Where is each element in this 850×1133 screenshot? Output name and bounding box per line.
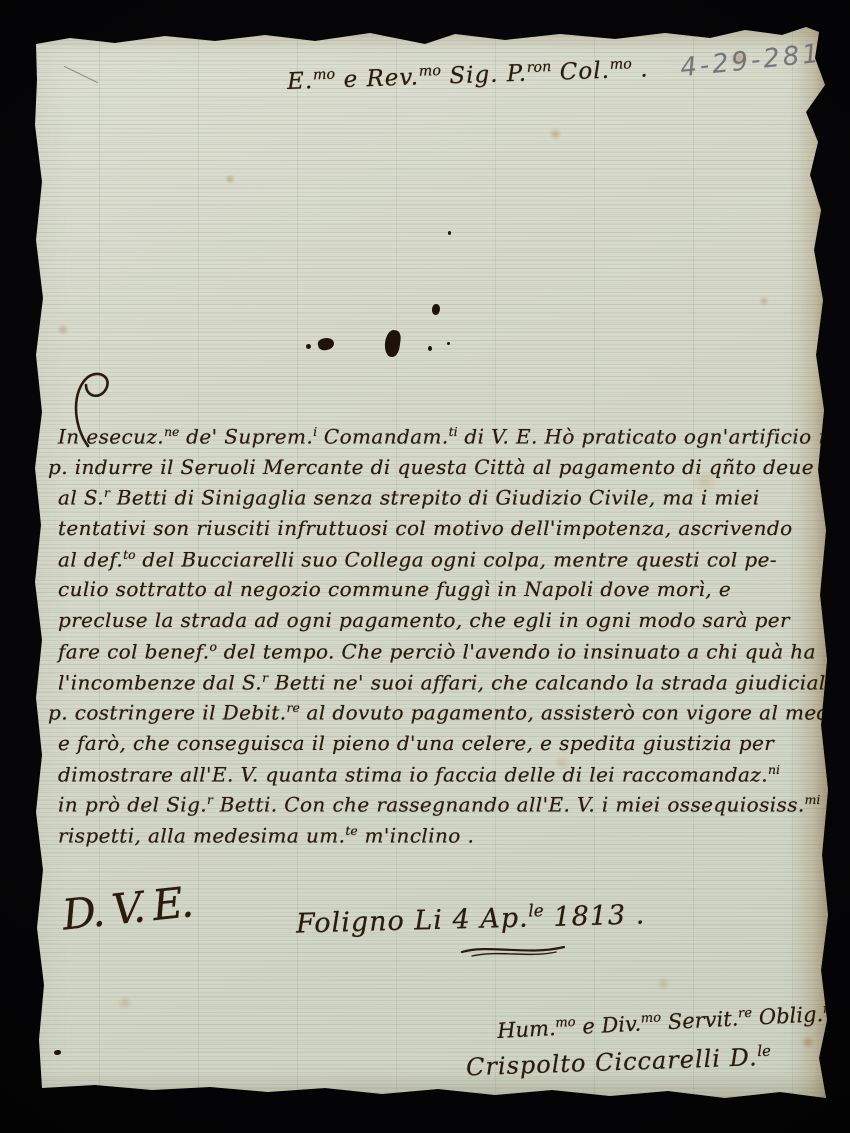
- foxing-stain: [800, 1036, 816, 1048]
- letter-sheet: 4-29-281 E.mo e Rev.mo Sig. P.ron Col.mo…: [0, 0, 850, 1133]
- ink-blot: [447, 342, 450, 345]
- ink-blot: [448, 231, 451, 235]
- manuscript-line: p. indurre il Seruoli Mercante di questa…: [48, 455, 828, 486]
- manuscript-line: in prò del Sig.r Betti. Con che rassegna…: [58, 792, 828, 823]
- manuscript-line: fare col benef.o del tempo. Che perciò l…: [58, 639, 828, 670]
- manuscript-line: tentativi son riusciti infruttuosi col m…: [58, 516, 828, 547]
- manuscript-line: al S.r Betti di Sinigaglia senza strepit…: [58, 485, 828, 516]
- manuscript-line: In esecuz.ne de' Suprem.i Comandam.ti di…: [58, 424, 828, 455]
- manuscript-line: e farò, che conseguisca il pieno d'una c…: [58, 731, 828, 762]
- manuscript-line: dimostrare all'E. V. quanta stima io fac…: [58, 762, 828, 793]
- foxing-stain: [224, 174, 236, 184]
- manuscript-line: l'incombenze dal S.r Betti ne' suoi affa…: [58, 670, 828, 701]
- manuscript-scan: 4-29-281 E.mo e Rev.mo Sig. P.ron Col.mo…: [0, 0, 850, 1133]
- ink-blot: [306, 344, 311, 349]
- manuscript-line: p. costringere il Debit.re al dovuto pag…: [48, 700, 828, 731]
- date-underline-flourish: [458, 942, 568, 958]
- foxing-stain: [548, 128, 563, 140]
- ink-blot: [428, 346, 432, 351]
- foxing-stain: [56, 324, 70, 335]
- manuscript-line: precluse la strada ad ogni pagamento, ch…: [58, 608, 828, 639]
- scratch-mark: [820, 52, 836, 76]
- ink-blot: [54, 1050, 61, 1055]
- manuscript-line: rispetti, alla medesima um.te m'inclino …: [58, 823, 828, 854]
- letter-body: In esecuz.ne de' Suprem.i Comandam.ti di…: [58, 424, 828, 854]
- manuscript-line: culio sottratto al negozio commune fuggì…: [58, 577, 828, 608]
- foxing-stain: [758, 296, 770, 306]
- manuscript-line: al def.to del Bucciarelli suo Collega og…: [58, 547, 828, 578]
- foxing-stain: [656, 978, 671, 989]
- foxing-stain: [116, 996, 134, 1009]
